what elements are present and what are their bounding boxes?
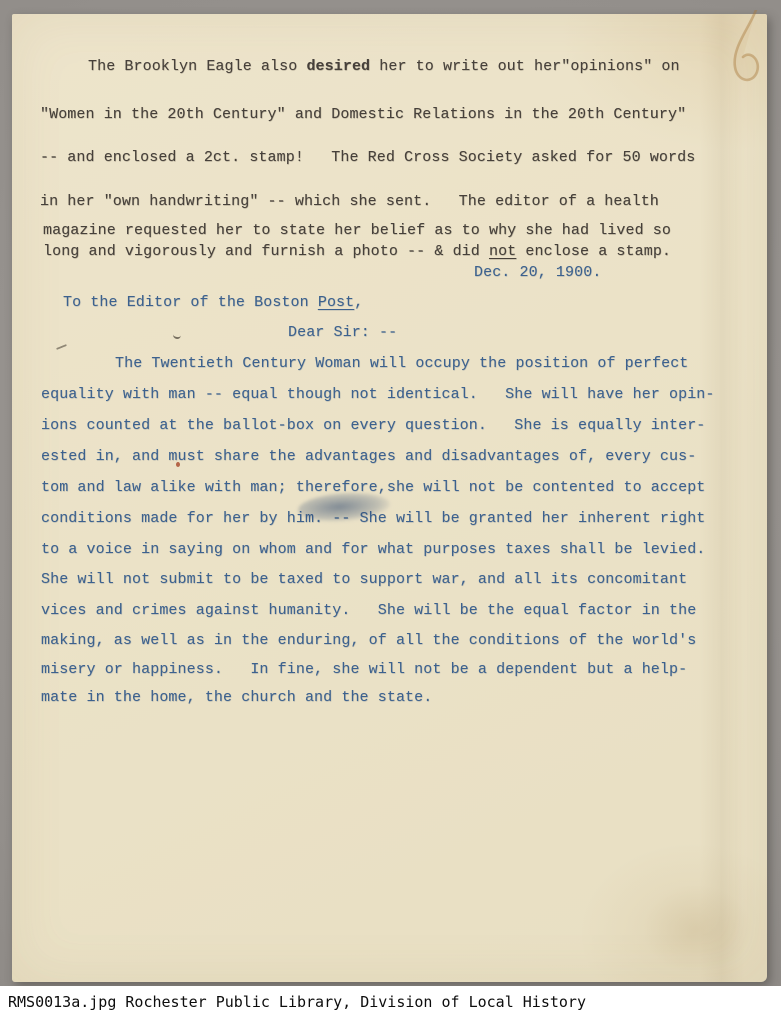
pencil-mark xyxy=(56,344,67,350)
overstruck-word: desired xyxy=(306,58,370,75)
typed-line: The Twentieth Century Woman will occupy … xyxy=(115,354,688,373)
coffee-stain-curve xyxy=(712,10,772,102)
underlined-word: Post xyxy=(318,294,354,311)
typed-line-segment: long and vigorously and furnish a photo … xyxy=(43,243,489,260)
typed-line: to a voice in saying on whom and for wha… xyxy=(41,540,705,559)
addressee-line: To the Editor of the Boston Post, xyxy=(63,293,363,312)
faint-stain xyxy=(642,884,752,974)
typed-line: ions counted at the ballot-box on every … xyxy=(41,416,705,435)
typed-line: making, as well as in the enduring, of a… xyxy=(41,631,696,650)
typed-line: "Women in the 20th Century" and Domestic… xyxy=(40,105,686,124)
typed-line-segment: her to write out her"opinions" on xyxy=(370,58,679,75)
typed-line: magazine requested her to state her beli… xyxy=(43,221,671,240)
caption-text: RMS0013a.jpg Rochester Public Library, D… xyxy=(8,993,586,1011)
typed-line: in her "own handwriting" -- which she se… xyxy=(40,192,659,211)
pen-mark xyxy=(173,331,182,339)
typed-line: equality with man -- equal though not id… xyxy=(41,385,715,404)
ink-speck xyxy=(176,462,180,467)
date-line: Dec. 20, 1900. xyxy=(474,263,601,282)
typed-line-segment: , xyxy=(354,294,363,311)
typed-line-segment: To the Editor of the Boston xyxy=(63,294,318,311)
typed-line: -- and enclosed a 2ct. stamp! The Red Cr… xyxy=(40,148,695,167)
typed-line-segment: enclose a stamp. xyxy=(516,243,671,260)
document-page: The Brooklyn Eagle also desired her to w… xyxy=(12,14,767,982)
scanned-document-viewer: The Brooklyn Eagle also desired her to w… xyxy=(0,0,781,1017)
typed-line: ested in, and must share the advantages … xyxy=(41,447,696,466)
typed-line: misery or happiness. In fine, she will n… xyxy=(41,660,687,679)
salutation-line: Dear Sir: -- xyxy=(288,323,397,342)
typed-line: vices and crimes against humanity. She w… xyxy=(41,601,696,620)
typed-line-segment: The Brooklyn Eagle also xyxy=(88,58,306,75)
coffee-stain xyxy=(712,10,772,102)
typed-line: The Brooklyn Eagle also desired her to w… xyxy=(88,57,680,76)
typed-line: mate in the home, the church and the sta… xyxy=(41,688,432,707)
typed-line: long and vigorously and furnish a photo … xyxy=(43,242,671,261)
underlined-word: not xyxy=(489,243,516,260)
typed-line: She will not submit to be taxed to suppo… xyxy=(41,570,687,589)
caption-bar: RMS0013a.jpg Rochester Public Library, D… xyxy=(0,986,781,1017)
